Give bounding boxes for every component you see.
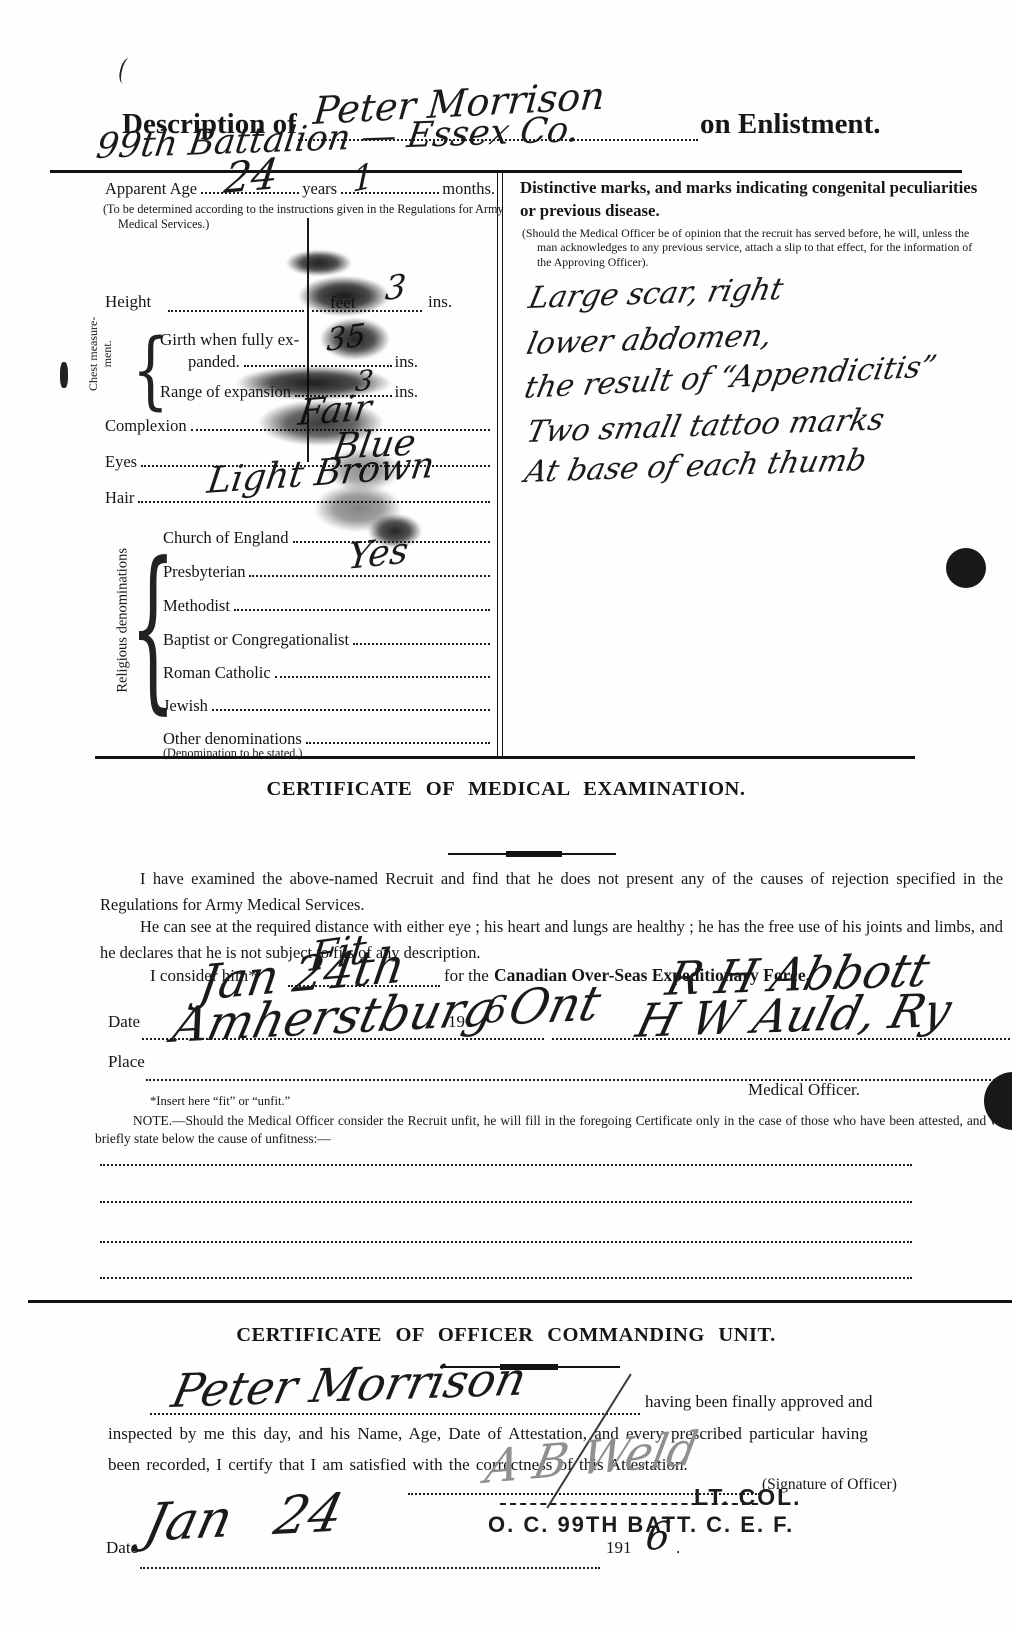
religion-label: Methodist [163,596,230,616]
distinctive-handwritten-line3: the result of “Appendicitis” [522,352,939,404]
religion-row-baptist: Baptist or Congregationalist [163,630,493,650]
girth-label-line1: Girth when fully ex- [160,330,299,350]
religious-denominations-vertical-label: Religious denominations [115,532,132,708]
officer-recruit-name-handwritten: Peter Morrison [168,1355,530,1414]
religion-label: Church of England [163,528,289,548]
unit-stamp: O. C. 99TH BATT. C. E. F. [488,1512,794,1538]
officer-year-handwritten: 6 [644,1516,672,1556]
medical-title-rule-center [506,851,562,857]
hole-punch-mark [946,548,986,588]
officer-certificate-title: CERTIFICATE OF OFFICER COMMANDING UNIT. [0,1324,1012,1347]
header-rule [50,170,962,173]
religion-label: Roman Catholic [163,663,271,683]
attestation-form-page: Description of Peter Morrison on Enlistm… [0,0,1012,1632]
place-dots [146,1078,1010,1081]
religion-label: Baptist or Congregationalist [163,630,349,650]
blank-line-1 [100,1163,912,1166]
insert-fit-note: *Insert here “fit” or “unfit.” [150,1094,290,1109]
years-label: years [302,179,337,199]
ink-blot [286,250,352,276]
stray-ink-mark [117,57,135,85]
ink-blot [236,366,392,400]
ink-blot [368,514,422,548]
other-denominations-note: (Denomination to be stated.) [163,746,302,761]
officer-date-period: . [676,1538,680,1558]
religion-dots [275,675,490,678]
religion-dots [353,642,490,645]
header-on-enlistment: on Enlistment. [700,108,880,141]
officer-line3: been recorded, I certify that I am satis… [108,1455,808,1475]
religion-row-presbyterian: Presbyterian [163,562,493,582]
age-months-handwritten: 1 [352,158,374,198]
officer-date-label: Date [106,1538,138,1558]
ink-blot [258,400,384,446]
religion-label: Jewish [163,696,208,716]
hair-label: Hair [105,488,134,508]
medical-note-paragraph: NOTE.—Should the Medical Officer conside… [95,1112,1011,1147]
officer-line1-suffix: having been finally approved and [645,1392,873,1412]
range-ins-label: ins. [395,382,418,402]
apparent-age-label: Apparent Age [105,179,197,199]
distinctive-marks-note: (Should the Medical Officer be of opinio… [522,226,989,269]
officer-date-dots [140,1566,600,1569]
religion-label: Presbyterian [163,562,245,582]
religion-dots [212,708,490,711]
distinctive-handwritten-line5: At base of each thumb [522,446,869,488]
edge-ink-mark [60,362,68,388]
religion-dots [234,608,490,611]
apparent-age-row: Apparent Age years months. [105,179,495,199]
girth-ins-label: ins. [395,352,418,372]
ink-blot [320,318,390,360]
distinctive-handwritten-line1: Large scar, right [526,275,786,314]
officer-date-handwritten: Jan 24 [140,1487,348,1550]
religion-row-roman-catholic: Roman Catholic [163,663,493,683]
age-years-handwritten: 24 [222,153,280,200]
eyes-label: Eyes [105,452,137,472]
religion-dots [306,741,490,744]
blank-line-2 [100,1200,912,1203]
column-divider [497,172,503,756]
ink-blot [298,276,390,316]
distinctive-handwritten-line2: lower abdomen, [524,321,775,360]
religion-row-church-of-england: Church of England [163,528,493,548]
distinctive-marks-heading: Distinctive marks, and marks indicating … [520,177,980,222]
religion-row-methodist: Methodist [163,596,493,616]
rank-stamp: LT. COL. [694,1484,802,1511]
place-label: Place [108,1052,145,1072]
height-dots-left [168,309,304,312]
section-rule [28,1300,1012,1303]
medical-paragraph-1: I have examined the above-named Recruit … [100,866,1003,919]
distinctive-handwritten-line4: Two small tattoo marks [524,405,887,448]
medical-officer-caption: Medical Officer. [748,1080,860,1100]
complexion-label: Complexion [105,416,187,436]
chest-measurement-vertical-label: Chest measure- ment. [87,309,115,399]
girth-label-line2: panded. [188,352,240,372]
months-label: months. [442,179,495,199]
blank-line-3 [100,1240,912,1243]
religion-row-jewish: Jewish [163,696,493,716]
officer-year-printed: 191 [606,1538,632,1558]
blank-line-4 [100,1276,912,1279]
height-ins-label: ins. [428,292,452,312]
medical-certificate-title: CERTIFICATE OF MEDICAL EXAMINATION. [0,778,1012,801]
medical-date-label: Date [108,1012,140,1032]
medical-officer-signature-2: H W Auld, Ry [632,987,956,1044]
